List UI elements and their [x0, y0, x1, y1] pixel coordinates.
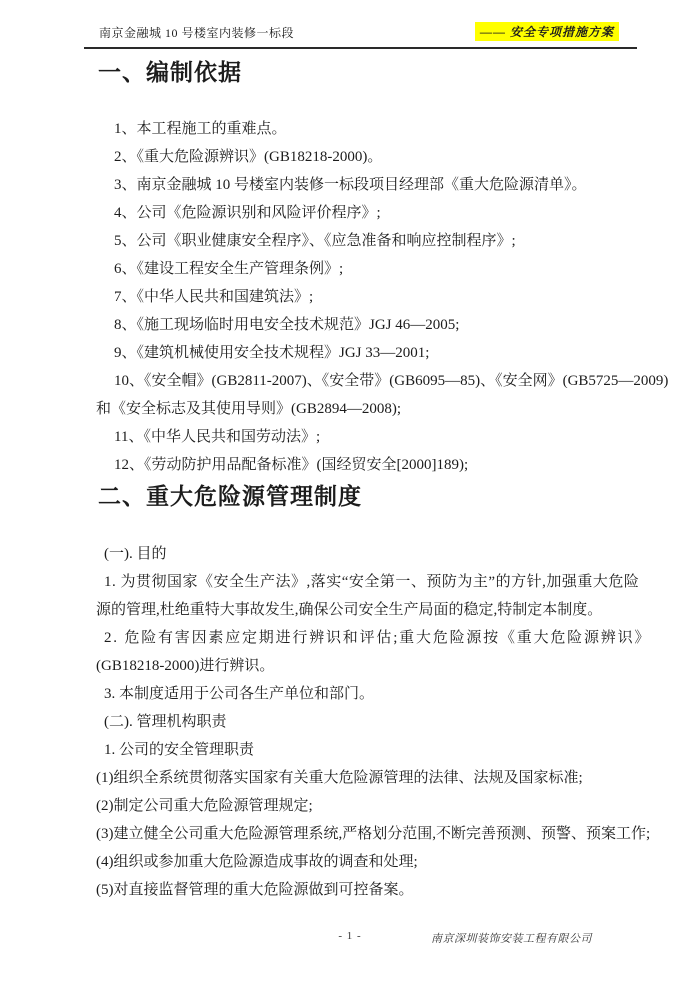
document-page: 南京金融城 10 号楼室内装修一标段 —— 安全专项措施方案 一、编制依据 1、… [0, 0, 700, 990]
text-line: 5、公司《职业健康安全程序》、《应急准备和响应控制程序》; [96, 227, 658, 255]
text-line: (2)制定公司重大危险源管理规定; [96, 792, 658, 820]
page-number: - 1 - [0, 930, 700, 942]
text-line: 和《安全标志及其使用导则》(GB2894—2008); [96, 395, 658, 423]
text-line: 2、《重大危险源辨识》(GB18218-2000)。 [96, 143, 658, 171]
text-line: 2. 危险有害因素应定期进行辨识和评估;重大危险源按《重大危险源辨识》 [96, 624, 658, 652]
section2-lines: (一). 目的1. 为贯彻国家《安全生产法》,落实“安全第一、预防为主”的方针,… [96, 540, 658, 904]
document-body: 一、编制依据 1、本工程施工的重难点。2、《重大危险源辨识》(GB18218-2… [96, 56, 658, 904]
text-line: 4、公司《危险源识别和风险评价程序》; [96, 199, 658, 227]
text-line: (5)对直接监督管理的重大危险源做到可控备案。 [96, 876, 658, 904]
text-line: 7、《中华人民共和国建筑法》; [96, 283, 658, 311]
footer-company-name: 南京深圳装饰安装工程有限公司 [431, 930, 592, 946]
text-line: (4)组织或参加重大危险源造成事故的调查和处理; [96, 848, 658, 876]
text-line: 12、《劳动防护用品配备标准》(国经贸安全[2000]189); [96, 451, 658, 479]
text-line: 8、《施工现场临时用电安全技术规范》JGJ 46—2005; [96, 311, 658, 339]
text-line: 1、本工程施工的重难点。 [96, 115, 658, 143]
section1-lines: 1、本工程施工的重难点。2、《重大危险源辨识》(GB18218-2000)。3、… [96, 115, 658, 479]
page-footer: - 1 - 南京深圳装饰安装工程有限公司 [0, 930, 700, 950]
text-line: 3、南京金融城 10 号楼室内装修一标段项目经理部《重大危险源清单》。 [96, 171, 658, 199]
text-line: 3. 本制度适用于公司各生产单位和部门。 [96, 680, 658, 708]
section2-heading: 二、重大危险源管理制度 [98, 481, 658, 511]
text-line: (二). 管理机构职责 [96, 708, 658, 736]
text-line: 1. 为贯彻国家《安全生产法》,落实“安全第一、预防为主”的方针,加强重大危险 [96, 568, 658, 596]
text-line: (3)建立健全公司重大危险源管理系统,严格划分范围,不断完善预测、预警、预案工作… [96, 820, 658, 848]
text-line: 10、《安全帽》(GB2811-2007)、《安全带》(GB6095—85)、《… [96, 367, 658, 395]
header-doc-label: —— 安全专项措施方案 [475, 22, 619, 41]
text-line: (一). 目的 [96, 540, 658, 568]
text-line: 1. 公司的安全管理职责 [96, 736, 658, 764]
section1-heading: 一、编制依据 [98, 56, 658, 88]
header-project-title: 南京金融城 10 号楼室内装修一标段 [84, 24, 294, 41]
page-header: 南京金融城 10 号楼室内装修一标段 —— 安全专项措施方案 [84, 22, 637, 49]
text-line: 11、《中华人民共和国劳动法》; [96, 423, 658, 451]
text-line: (GB18218-2000)进行辨识。 [96, 652, 658, 680]
text-line: 源的管理,杜绝重特大事故发生,确保公司安全生产局面的稳定,特制定本制度。 [96, 596, 658, 624]
text-line: (1)组织全系统贯彻落实国家有关重大危险源管理的法律、法规及国家标准; [96, 764, 658, 792]
text-line: 6、《建设工程安全生产管理条例》; [96, 255, 658, 283]
text-line: 9、《建筑机械使用安全技术规程》JGJ 33—2001; [96, 339, 658, 367]
